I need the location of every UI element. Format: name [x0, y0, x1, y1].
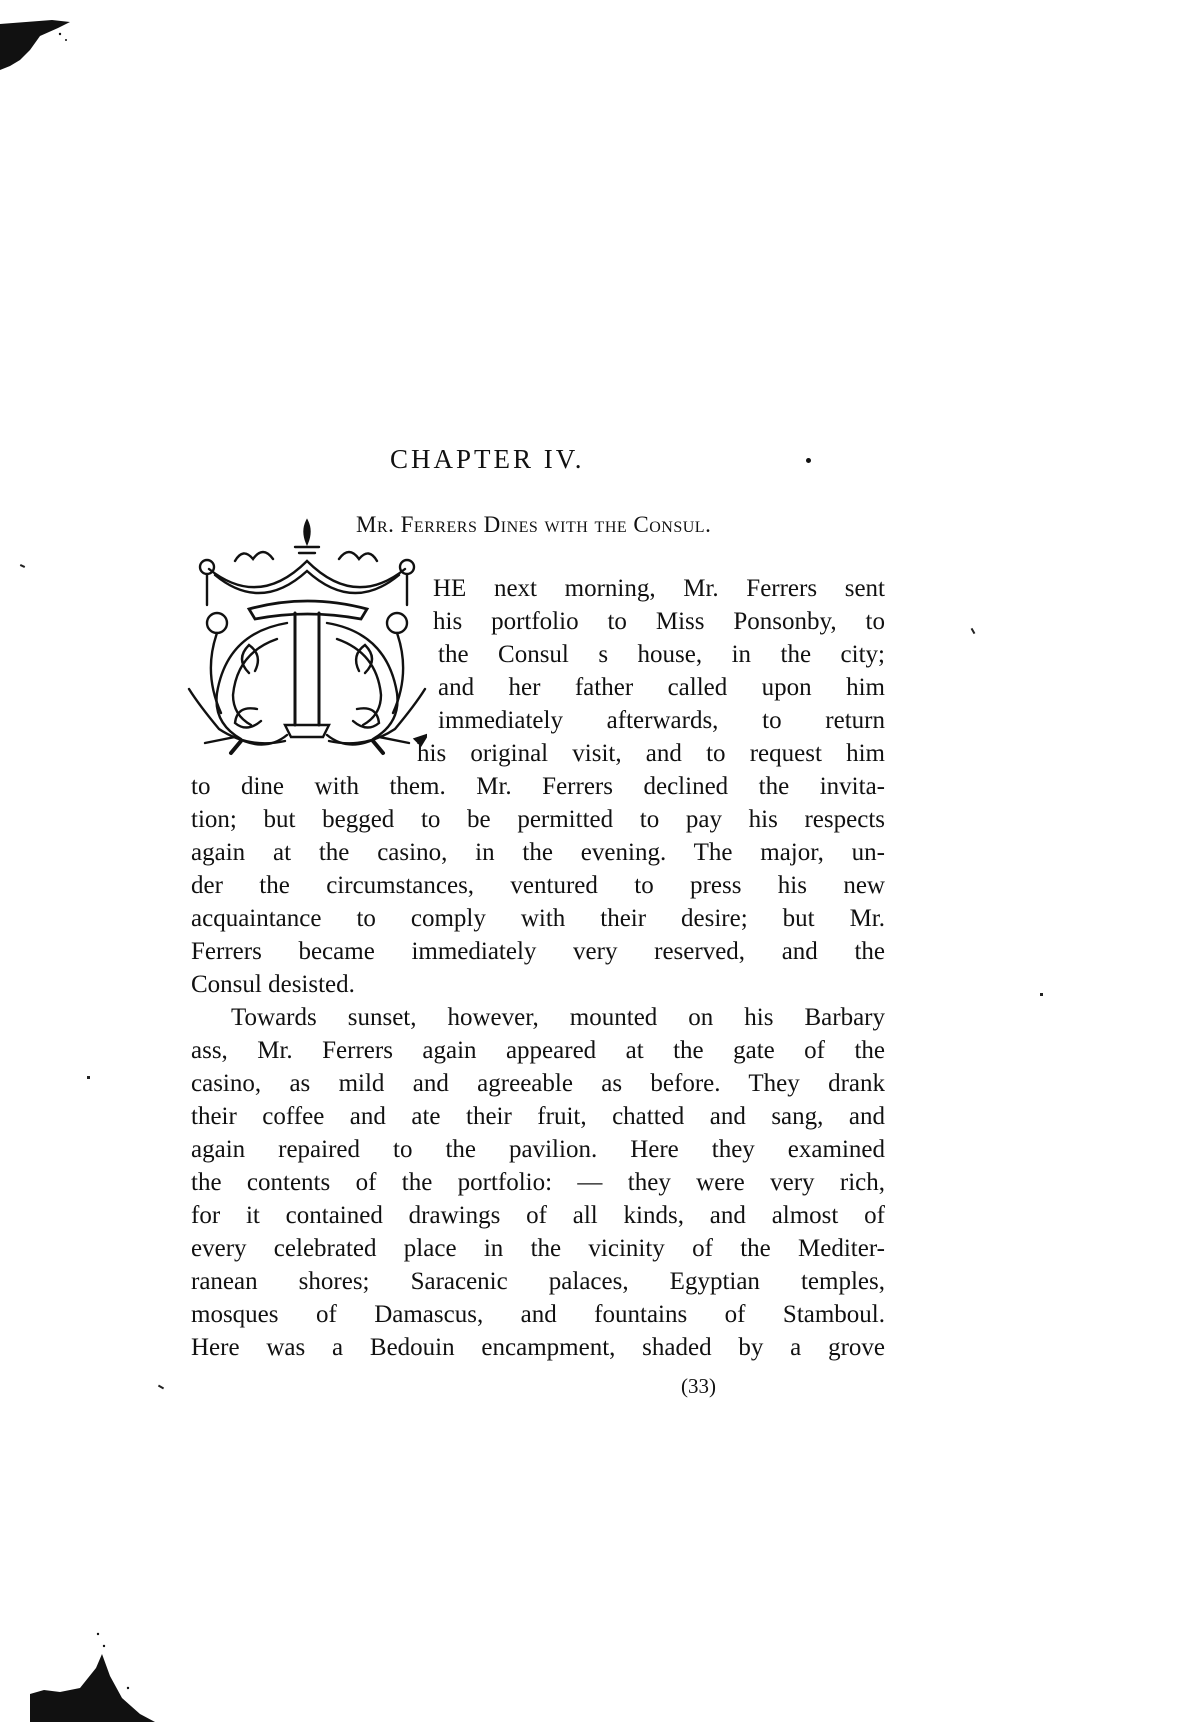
body-text-line: his portfolio to Miss Ponsonby, to: [433, 607, 885, 637]
body-text-line: every celebrated place in the vicinity o…: [191, 1234, 885, 1264]
body-text-line: der the circumstances, ventured to press…: [191, 871, 885, 901]
body-text-line: Ferrers became immediately very reserved…: [191, 937, 885, 967]
body-text-line: Towards sunset, however, mounted on his …: [231, 1003, 885, 1033]
scan-speck: [20, 564, 25, 568]
scan-speck: [87, 1076, 90, 1079]
body-text-line: Here was a Bedouin encampment, shaded by…: [191, 1333, 885, 1363]
body-text-line: the Consul s house, in the city;: [438, 640, 885, 670]
body-text-line: the contents of the portfolio: — they we…: [191, 1168, 885, 1198]
scan-speck: [1040, 993, 1043, 996]
body-text-line: immediately afterwards, to return: [438, 706, 885, 736]
book-page: CHAPTER IV. Mr. Ferrers Dines with the C…: [0, 0, 1185, 1722]
page-number: (33): [681, 1374, 716, 1399]
body-text-line: ass, Mr. Ferrers again appeared at the g…: [191, 1036, 885, 1066]
scan-artifact-bottom-left: [30, 1628, 155, 1722]
body-text-line: casino, as mild and agreeable as before.…: [191, 1069, 885, 1099]
body-text-line: his original visit, and to request him: [417, 739, 885, 769]
chapter-title: CHAPTER IV.: [390, 444, 585, 475]
scan-speck: [971, 628, 976, 634]
body-text-line: and her father called upon him: [438, 673, 885, 703]
body-text-line: their coffee and ate their fruit, chatte…: [191, 1102, 885, 1132]
body-text-line: HE next morning, Mr. Ferrers sent: [433, 574, 885, 604]
body-text-line: for it contained drawings of all kinds, …: [191, 1201, 885, 1231]
body-text-line: tion; but begged to be permitted to pay …: [191, 805, 885, 835]
body-text-line: again repaired to the pavilion. Here the…: [191, 1135, 885, 1165]
ornamental-drop-cap-t-icon: [187, 513, 427, 763]
scan-speck: [806, 458, 811, 463]
scan-artifact-top-left: [0, 20, 70, 70]
scan-speck: [158, 1385, 164, 1390]
body-text-line: to dine with them. Mr. Ferrers declined …: [191, 772, 885, 802]
body-text-line: acquaintance to comply with their desire…: [191, 904, 885, 934]
body-text-line: ranean shores; Saracenic palaces, Egypti…: [191, 1267, 885, 1297]
body-text-line: Consul desisted.: [191, 970, 885, 1000]
body-text-line: again at the casino, in the evening. The…: [191, 838, 885, 868]
body-text-line: mosques of Damascus, and fountains of St…: [191, 1300, 885, 1330]
